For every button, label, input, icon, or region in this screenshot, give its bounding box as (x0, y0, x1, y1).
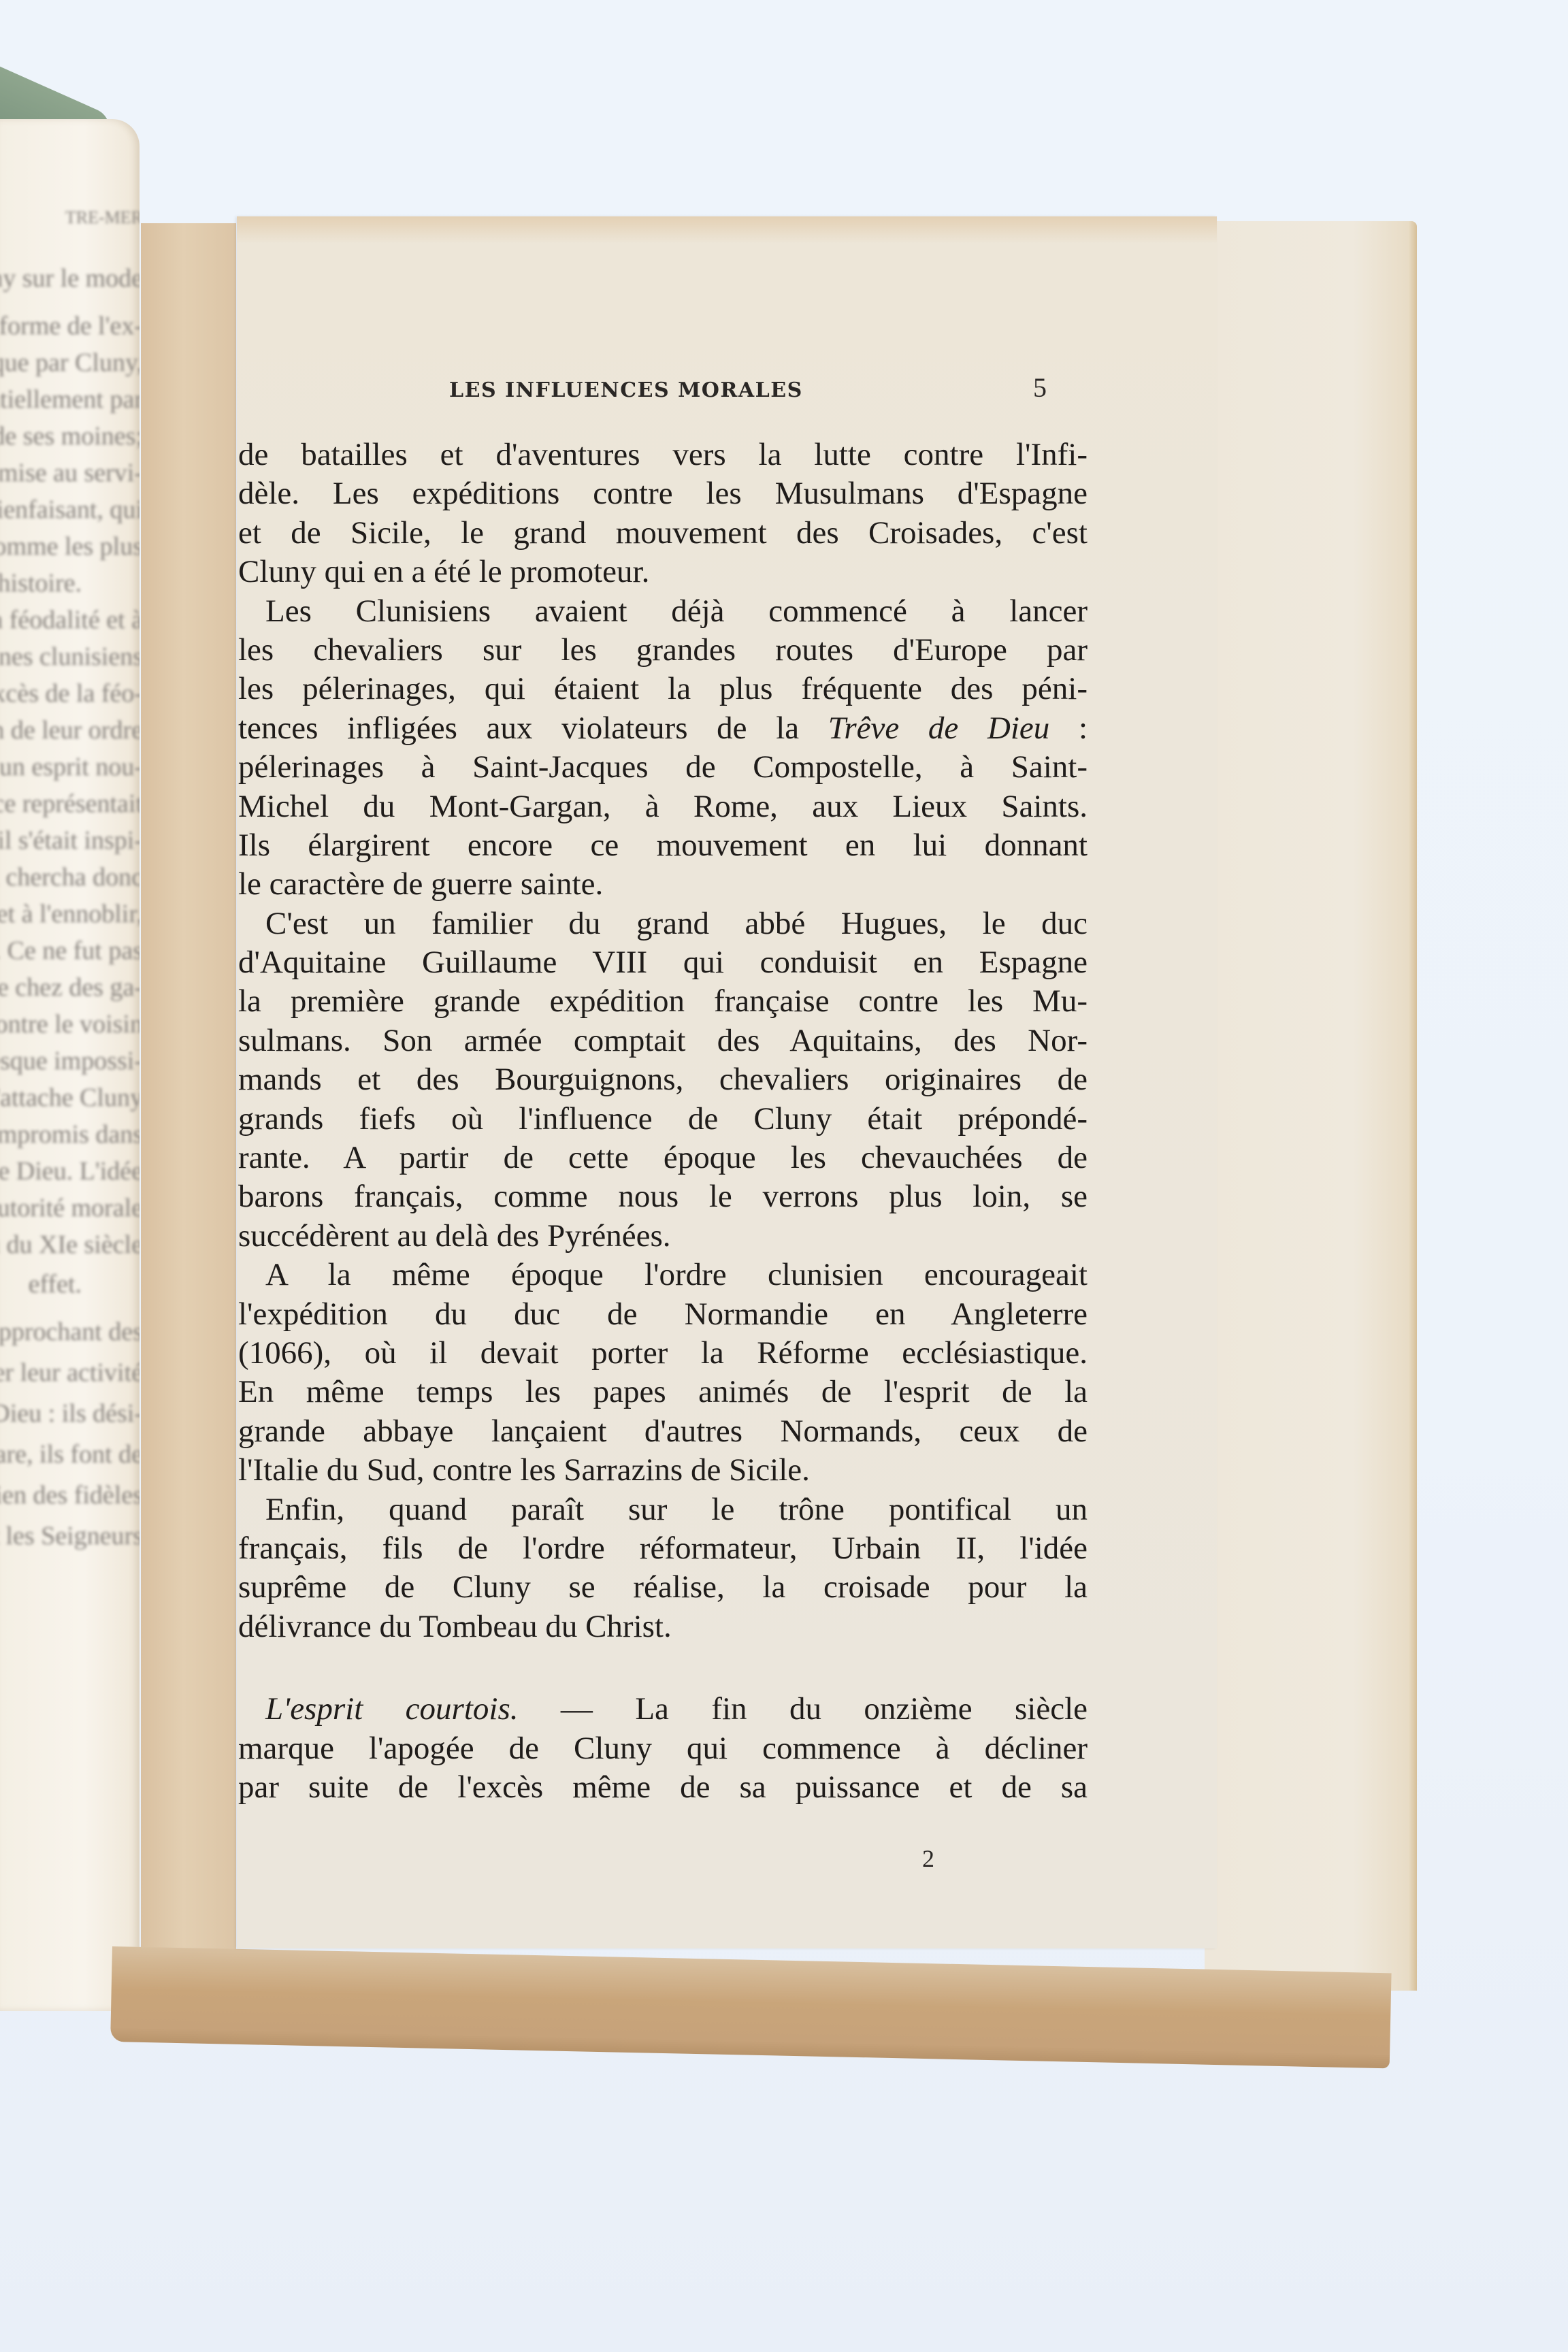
facing-line: emière forme de l'ex- (0, 311, 140, 341)
text-line: Enfin, quand paraît sur le trône pontifi… (238, 1490, 1088, 1529)
facing-line: la Paix de Dieu. L'idée (0, 1156, 140, 1186)
italic-term: Trêve de Dieu (828, 710, 1049, 746)
facing-line: astres de ses moines; (0, 421, 140, 451)
page-bottom-edges (110, 1946, 1392, 2068)
facing-line: histoire. (0, 568, 82, 598)
text-line: sulmans. Son armée comptait des Aquitain… (238, 1022, 1088, 1060)
text-line: C'est un familier du grand abbé Hugues, … (238, 904, 1088, 943)
text-line: français, fils de l'ordre réformateur, U… (238, 1529, 1088, 1568)
facing-line: effet. (29, 1269, 82, 1299)
facing-line: Christ », le soutien des fidèles (0, 1480, 140, 1510)
facing-line: est essentiellement par (0, 385, 140, 414)
text-line: A la même époque l'ordre clunisien encou… (238, 1256, 1088, 1294)
section-heading-line: L'esprit courtois. — La fin du onzième s… (238, 1690, 1088, 1729)
section-gap (238, 1646, 1088, 1690)
text-line: et de Sicile, le grand mouvement des Cro… (238, 514, 1088, 553)
text-line: grands fiefs où l'influence de Cluny éta… (238, 1100, 1088, 1139)
facing-line: Trêve de Dieu : ils dési- (0, 1399, 140, 1428)
facing-line: de la féodalité et à (0, 605, 140, 635)
text-line: pélerinages à Saint-Jacques de Compostel… (238, 748, 1088, 787)
facing-line: Si les moines clunisiens (0, 642, 140, 672)
text-line: dèle. Les expéditions contre les Musulma… (238, 474, 1088, 513)
text-line: mands et des Bourguignons, chevaliers or… (238, 1060, 1088, 1099)
facing-line: llaboration de leur ordre (0, 715, 140, 745)
facing-line: t à utiliser leur activité (0, 1358, 140, 1388)
text-line: Les Clunisiens avaient déjà commencé à l… (238, 592, 1088, 631)
signature-mark: 2 (922, 1844, 934, 1873)
text-line: succédèrent au delà des Pyrénées. (238, 1217, 1088, 1256)
text-run: tences infligées aux violateurs de la (238, 710, 828, 746)
text-line: Cluny qui en a été le promoteur. (238, 553, 1088, 591)
facing-line: amender et à l'ennoblir, (0, 899, 140, 929)
underlying-page-edge (1205, 221, 1417, 1991)
text-line: Michel du Mont-Gargan, à Rome, aux Lieux… (238, 787, 1088, 826)
text-line: rante. A partir de cette époque les chev… (238, 1139, 1088, 1177)
text-line: le caractère de guerre sainte. (238, 865, 1088, 904)
facing-line: ors puisqu'il s'était inspi- (0, 826, 140, 855)
text-line: marque l'apogée de Cluny qui commence à … (238, 1729, 1088, 1768)
facing-line: d'abord que s'attache Cluny (0, 1083, 140, 1113)
section-heading: L'esprit courtois. (265, 1691, 518, 1727)
facing-line: ser un compromis dans (0, 1120, 140, 1149)
facing-line: ts généreux. Ce ne fut pas (0, 936, 140, 966)
facing-page-left: TRE-MER luny sur le mode emière forme de… (0, 119, 140, 2011)
text-line: grande abbaye lançaient d'autres Normand… (238, 1412, 1088, 1451)
facing-line: pacifique par Cluny, (0, 348, 140, 378)
text-line: Ils élargirent encore ce mouvement en lu… (238, 826, 1088, 865)
facing-line: activité mise au servi- (0, 458, 140, 488)
text-line: les chevaliers sur les grandes routes d'… (238, 631, 1088, 670)
folded-flap (141, 223, 236, 1976)
facing-line: evait sortir un esprit nou- (0, 752, 140, 782)
facing-line: ostolat bienfaisant, qui (0, 495, 140, 525)
body-text: de batailles et d'aventures vers la lutt… (238, 436, 1088, 1807)
text-line: En même temps les papes animés de l'espr… (238, 1373, 1088, 1411)
text-line: délivrance du Tombeau du Christ. (238, 1607, 1088, 1646)
facing-line: guerre privée chez des ga- (0, 973, 140, 1002)
facing-line: n : au milieu du XIe siècle (0, 1230, 140, 1260)
text-line: barons français, comme nous le verrons p… (238, 1177, 1088, 1216)
running-head: LES INFLUENCES MORALES (449, 378, 803, 402)
facing-line: rante barbare, ils font de (0, 1439, 140, 1469)
text-run: : (1049, 710, 1088, 746)
text-run: — La fin du onzième siècle (518, 1691, 1088, 1727)
facing-line: batailler contre le voisin (0, 1009, 140, 1039)
text-line: l'expédition du duc de Normandie en Angl… (238, 1295, 1088, 1334)
text-line: tences infligées aux violateurs de la Tr… (238, 709, 1088, 748)
facing-line: ils tournent les Seigneurs (0, 1521, 140, 1551)
text-line: les pélerinages, qui étaient la plus fré… (238, 670, 1088, 708)
text-line: la première grande expédition française … (238, 982, 1088, 1021)
facing-line: luny sur le mode (0, 263, 140, 293)
facing-line: quelle force représentait (0, 789, 140, 819)
page-number: 5 (1033, 372, 1047, 404)
facing-line: s'étend l'autorité morale (0, 1193, 140, 1223)
text-line: l'Italie du Sud, contre les Sarrazins de… (238, 1451, 1088, 1490)
facing-line: e les excès de la féo- (0, 679, 140, 708)
facing-line: entreprise presque impossi- (0, 1046, 140, 1076)
text-line: par suite de l'excès même de sa puissanc… (238, 1768, 1088, 1807)
facing-line: onnes, se rapprochant des (0, 1317, 140, 1347)
text-line: (1066), où il devait porter la Réforme e… (238, 1334, 1088, 1373)
facing-line: nstitution. Il chercha donc (0, 862, 140, 892)
text-line: d'Aquitaine Guillaume VIII qui conduisit… (238, 943, 1088, 982)
text-line: de batailles et d'aventures vers la lutt… (238, 436, 1088, 474)
facing-running-head: TRE-MER (65, 208, 140, 228)
text-line: suprême de Cluny se réalise, la croisade… (238, 1568, 1088, 1607)
facing-line: ieurs comme les plus (0, 532, 140, 561)
